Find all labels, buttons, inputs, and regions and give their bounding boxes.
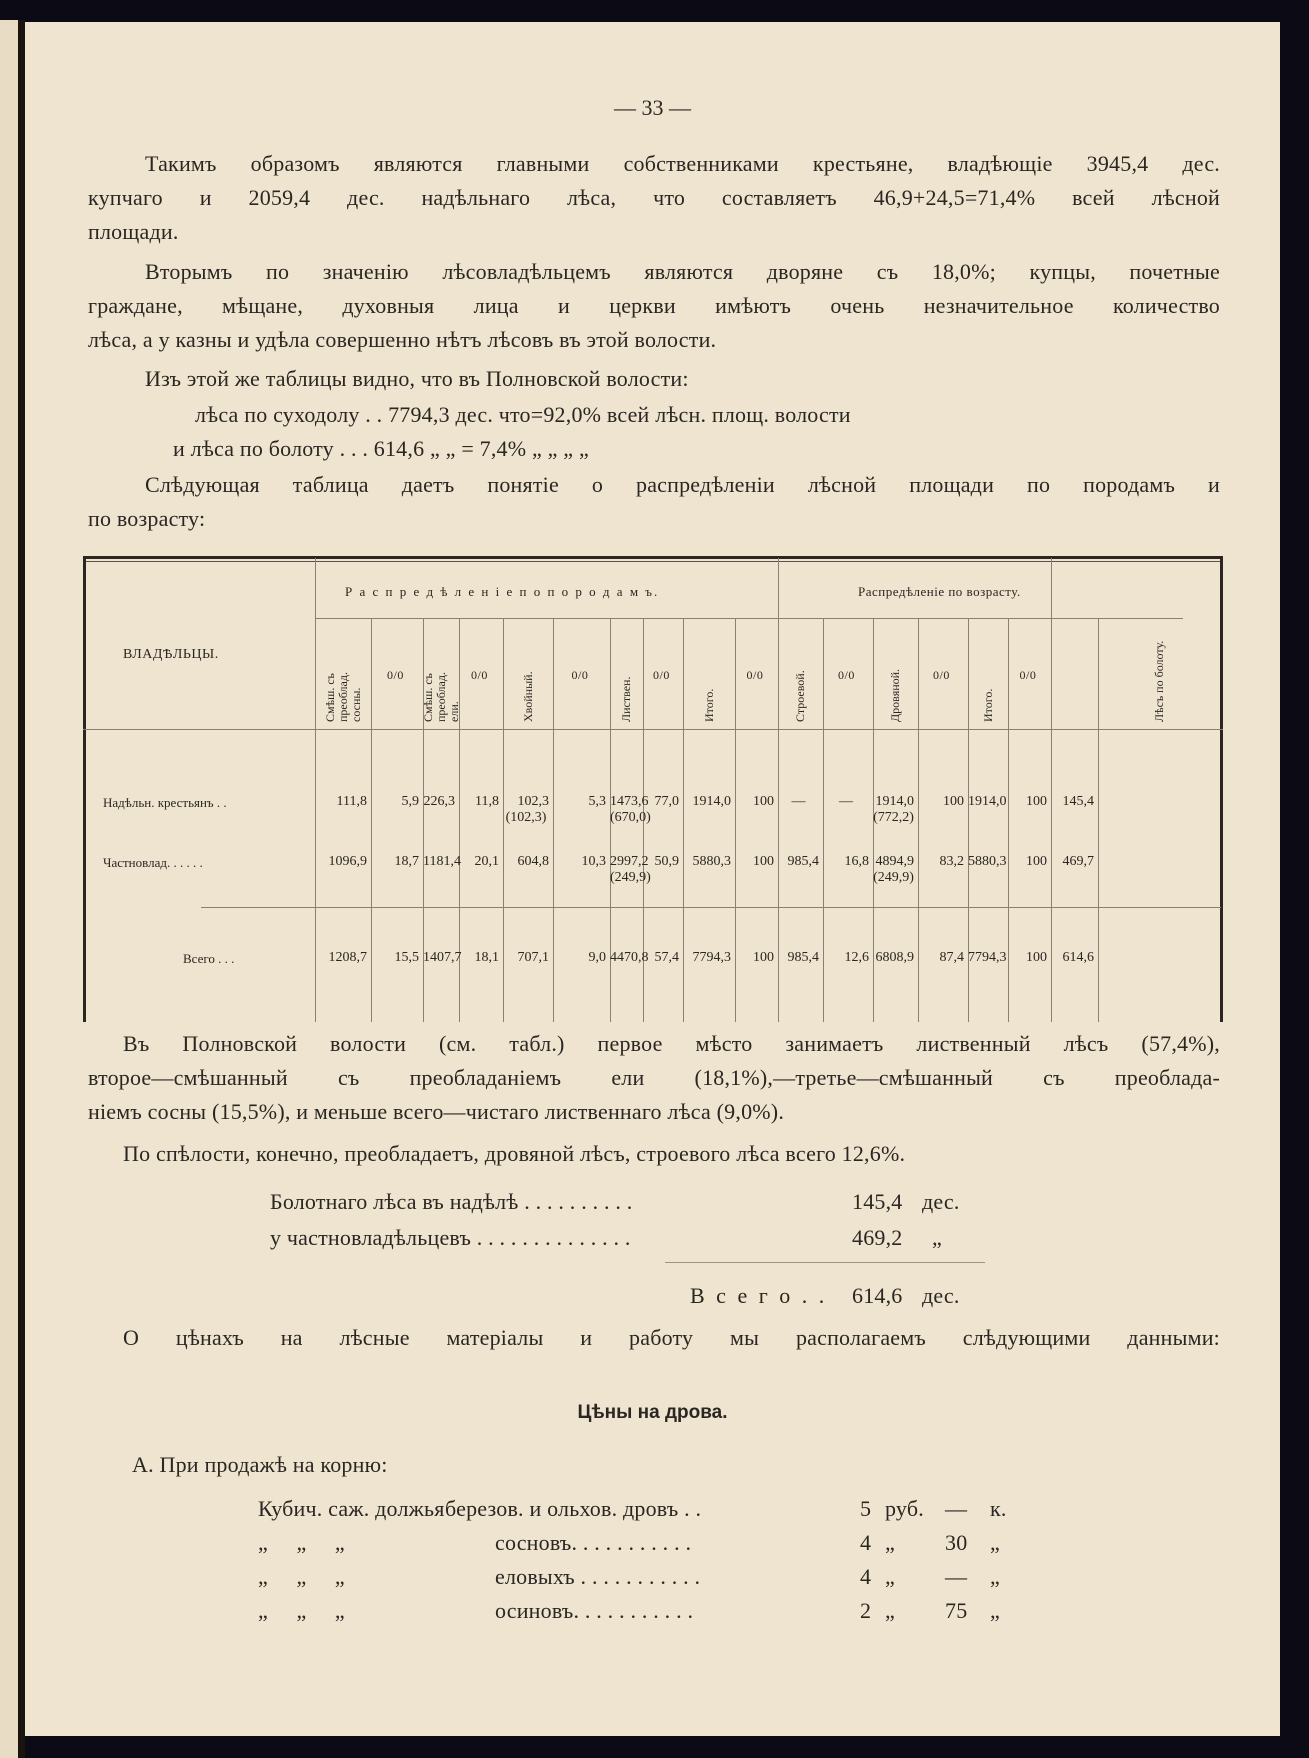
forest-swamp-line: и лѣса по болоту . . . 614,6 „ „ = 7,4% … (173, 432, 589, 466)
table-cell: 2997,2(249,9) (610, 854, 639, 886)
cell-value: 6808,9 (876, 950, 915, 965)
cell-subvalue: (102,3) (503, 810, 549, 826)
cell-value: — (792, 794, 806, 809)
price-rub-unit: „ (885, 1526, 895, 1560)
cell-value: 145,4 (1063, 794, 1095, 809)
column-header: 0/0 (933, 668, 950, 683)
price-rub: 4 (860, 1526, 871, 1560)
cell-value: 604,8 (518, 854, 550, 869)
paragraph-line: Слѣдующая таблица даетъ понятіе о распре… (145, 468, 1220, 502)
price-kop: 75 (945, 1594, 967, 1628)
column-header: Хвойный. (522, 671, 535, 722)
cell-value: 11,8 (475, 794, 499, 809)
cell-value: 5,9 (402, 794, 420, 809)
cell-value: 469,7 (1063, 854, 1095, 869)
paragraph-line: площади. (88, 215, 179, 249)
price-kop: 30 (945, 1526, 967, 1560)
table-cell: 226,3 (423, 794, 455, 810)
table-cell: 5,3 (553, 794, 606, 810)
table-cell: 1914,0 (968, 794, 1004, 810)
price-rub: 4 (860, 1560, 871, 1594)
price-row-item: березов. и ольхов. дровъ . . (445, 1492, 701, 1526)
cell-value: 7794,3 (693, 950, 732, 965)
cell-value: 226,3 (424, 794, 456, 809)
table-right-border (1220, 556, 1223, 1022)
table-top-rule-thin (83, 561, 1223, 562)
sum-rule (665, 1262, 985, 1263)
paragraph-line: по возрасту: (88, 502, 205, 536)
column-header: 0/0 (747, 668, 764, 683)
cell-subvalue: (249,9) (873, 870, 914, 886)
table-cell: 985,4 (778, 950, 819, 966)
cell-value: 20,1 (475, 854, 500, 869)
price-kop: — (945, 1560, 967, 1594)
table-cell: 7794,3 (968, 950, 1004, 966)
cell-value: 1096,9 (329, 854, 368, 869)
table-cell: 100 (1008, 950, 1047, 966)
cell-value: 1914,0 (876, 794, 915, 809)
table-cell: 100 (735, 854, 774, 870)
table-cell: 10,3 (553, 854, 606, 870)
price-row-item: сосновъ. . . . . . . . . . . (495, 1526, 691, 1560)
table-cell: 100 (735, 950, 774, 966)
cell-subvalue: (772,2) (873, 810, 914, 826)
cell-value: 707,1 (518, 950, 550, 965)
cell-value: 83,2 (940, 854, 965, 869)
price-row-item: осиновъ. . . . . . . . . . . (495, 1594, 693, 1628)
price-row-item: еловыхъ . . . . . . . . . . . (495, 1560, 700, 1594)
paragraph-line: Такимъ образомъ являются главными собств… (145, 147, 1220, 181)
column-header: Итого. (703, 689, 716, 722)
price-kop-unit: „ (990, 1560, 1000, 1594)
document-page: — 33 — Такимъ образомъ являются главными… (25, 22, 1280, 1736)
table-cell: 87,4 (918, 950, 964, 966)
price-kop-unit: „ (990, 1594, 1000, 1628)
section-heading: Цѣны на дрова. (25, 1402, 1280, 1424)
paragraph-line: ніемъ сосны (15,5%), и меньше всего—чист… (88, 1095, 784, 1129)
paragraph-line: Въ Полновской волости (см. табл.) первое… (123, 1027, 1220, 1061)
column-header: 0/0 (838, 668, 855, 683)
swamp-summary-unit: „ (932, 1221, 942, 1255)
table-cell: 1407,7 (423, 950, 455, 966)
table-cell: 5880,3 (968, 854, 1004, 870)
table-cell: 100 (918, 794, 964, 810)
table-left-border (83, 556, 86, 1022)
swamp-summary-unit: дес. (922, 1185, 960, 1219)
cell-value: 57,4 (655, 950, 680, 965)
cell-value: 18,1 (475, 950, 500, 965)
swamp-total-value: 614,6 (852, 1279, 903, 1313)
swamp-total-label: В с е г о . . (690, 1279, 827, 1313)
column-header: 0/0 (1020, 668, 1037, 683)
table-cell: 1914,0(772,2) (873, 794, 914, 826)
column-header: Листвен. (620, 677, 633, 722)
price-rub: 2 (860, 1594, 871, 1628)
column-header: 0/0 (572, 668, 589, 683)
subsection-heading: А. При продажѣ на корню: (132, 1448, 388, 1482)
cell-value: 1914,0 (693, 794, 732, 809)
cell-value: 16,8 (845, 854, 870, 869)
cell-value: 18,7 (395, 854, 420, 869)
column-header: 0/0 (471, 668, 488, 683)
column-header: Итого. (982, 689, 995, 722)
table-cell: 100 (1008, 794, 1047, 810)
cell-value: 100 (753, 794, 774, 809)
cell-subvalue: (670,0) (610, 810, 639, 826)
price-rub: 5 (860, 1492, 871, 1526)
column-header: 0/0 (653, 668, 670, 683)
table-cell: 18,7 (371, 854, 419, 870)
forest-dry-land-line: лѣса по суходолу . . 7794,3 дес. что=92,… (195, 398, 851, 432)
swamp-column-header: Лѣсъ по болоту. (1153, 641, 1166, 722)
table-cell: — (823, 794, 869, 810)
cell-value: 100 (753, 854, 774, 869)
header-bottom-rule (83, 729, 1223, 730)
column-header: Смѣш. съ преоблад. сосны. (324, 672, 363, 722)
table-cell: 18,1 (459, 950, 499, 966)
paragraph-line: Вторымъ по значенію лѣсовладѣльцемъ явля… (145, 255, 1220, 289)
table-cell: 469,7 (1051, 854, 1094, 870)
table-cell: 15,5 (371, 950, 419, 966)
column-header: Смѣш. съ преоблад. ели. (422, 672, 461, 722)
price-kop: — (945, 1492, 967, 1526)
total-separator-rule (201, 907, 1221, 908)
cell-subvalue: (249,9) (610, 870, 639, 886)
table-cell: 145,4 (1051, 794, 1094, 810)
cell-value: 1914,0 (968, 794, 1007, 809)
table-cell: 16,8 (823, 854, 869, 870)
cell-value: 985,4 (788, 950, 820, 965)
cell-value: 5880,3 (693, 854, 732, 869)
cell-value: 100 (1026, 950, 1047, 965)
cell-value: 1181,4 (423, 854, 461, 869)
paragraph-line: лѣса, а у казны и удѣла совершенно нѣтъ … (88, 323, 716, 357)
swamp-summary-value: 145,4 (852, 1185, 903, 1219)
cell-value: 77,0 (655, 794, 680, 809)
cell-value: 5880,3 (968, 854, 1007, 869)
table-cell: 9,0 (553, 950, 606, 966)
cell-value: 87,4 (940, 950, 965, 965)
owners-header: ВЛАДѢЛЬЦЫ. (123, 647, 219, 663)
adjacent-page-edge (0, 20, 18, 1758)
cell-value: 50,9 (655, 854, 680, 869)
table-cell: 1181,4 (423, 854, 455, 870)
cell-value: 12,6 (845, 950, 870, 965)
cell-value: 100 (753, 950, 774, 965)
table-top-rule (83, 556, 1223, 559)
cell-value: 7794,3 (968, 950, 1007, 965)
cell-value: 1407,7 (423, 950, 462, 965)
swamp-summary-value: 469,2 (852, 1221, 903, 1255)
species-group-header: Р а с п р е д ѣ л е н і е п о п о р о д … (345, 584, 659, 600)
group-header-rule (315, 618, 1183, 619)
cell-value: 100 (1026, 854, 1047, 869)
row-label: Частновлад. . . . . . (103, 855, 203, 871)
table-cell: — (778, 794, 819, 810)
price-row-prefix: Кубич. саж. должья (258, 1492, 445, 1526)
book-spine (18, 20, 25, 1758)
table-cell: 4470,8 (610, 950, 639, 966)
cell-value: 100 (943, 794, 964, 809)
swamp-summary-label: у частновладѣльцевъ . . . . . . . . . . … (270, 1221, 631, 1255)
table-cell: 1473,6(670,0) (610, 794, 639, 826)
cell-value: 111,8 (337, 794, 367, 809)
table-cell: 7794,3 (683, 950, 731, 966)
table-cell: 5,9 (371, 794, 419, 810)
table-cell: 4894,9(249,9) (873, 854, 914, 886)
table-cell: 83,2 (918, 854, 964, 870)
table-cell: 100 (1008, 854, 1047, 870)
column-header: Строевой. (794, 670, 807, 722)
table-cell: 57,4 (643, 950, 679, 966)
price-row-prefix: „ „ „ (258, 1594, 345, 1628)
table-cell: 100 (735, 794, 774, 810)
price-kop-unit: „ (990, 1526, 1000, 1560)
column-header: Дровяной. (889, 669, 902, 722)
table-cell: 1096,9 (315, 854, 367, 870)
table-cell: 604,8 (503, 854, 549, 870)
table-cell: 111,8 (315, 794, 367, 810)
price-rub-unit: „ (885, 1560, 895, 1594)
row-label: Всего . . . (183, 951, 234, 967)
column-divider (1098, 618, 1099, 1022)
price-kop-unit: к. (990, 1492, 1007, 1526)
swamp-total-unit: дес. (922, 1279, 960, 1313)
page-number: — 33 — (25, 95, 1280, 121)
price-row-prefix: „ „ „ (258, 1560, 345, 1594)
table-cell: 707,1 (503, 950, 549, 966)
paragraph-line: граждане, мѣщане, духовныя лица и церкви… (88, 289, 1220, 323)
table-cell: 11,8 (459, 794, 499, 810)
paragraph-line: О цѣнахъ на лѣсные матеріалы и работу мы… (123, 1321, 1220, 1355)
cell-value: 100 (1026, 794, 1047, 809)
cell-value: 10,3 (582, 854, 607, 869)
paragraph-line: По спѣлости, конечно, преобладаетъ, дров… (123, 1137, 905, 1171)
table-cell: 985,4 (778, 854, 819, 870)
table-cell: 1914,0 (683, 794, 731, 810)
table-cell: 614,6 (1051, 950, 1094, 966)
paragraph-line: второе—смѣшанный съ преобладаніемъ ели (… (88, 1061, 1220, 1095)
cell-value: 5,3 (589, 794, 607, 809)
price-row-prefix: „ „ „ (258, 1526, 345, 1560)
cell-value: 614,6 (1063, 950, 1095, 965)
cell-value: 985,4 (788, 854, 820, 869)
row-label: Надѣльн. крестьянъ . . (103, 795, 227, 811)
price-rub-unit: руб. (885, 1492, 924, 1526)
column-header: 0/0 (387, 668, 404, 683)
cell-value: 9,0 (589, 950, 607, 965)
cell-value: 102,3 (518, 794, 550, 809)
swamp-summary-label: Болотнаго лѣса въ надѣлѣ . . . . . . . .… (270, 1185, 633, 1219)
table-cell: 77,0 (643, 794, 679, 810)
cell-value: — (839, 794, 853, 809)
table-cell: 5880,3 (683, 854, 731, 870)
table-cell: 50,9 (643, 854, 679, 870)
paragraph-line: Изъ этой же таблицы видно, что въ Полнов… (145, 362, 689, 396)
cell-value: 4894,9 (876, 854, 915, 869)
table-cell: 1208,7 (315, 950, 367, 966)
forest-distribution-table: ВЛАДѢЛЬЦЫ. Р а с п р е д ѣ л е н і е п о… (83, 532, 1223, 1022)
table-cell: 12,6 (823, 950, 869, 966)
cell-value: 1208,7 (329, 950, 368, 965)
cell-value: 15,5 (395, 950, 420, 965)
paragraph-line: купчаго и 2059,4 дес. надѣльнаго лѣса, ч… (88, 181, 1220, 215)
table-cell: 20,1 (459, 854, 499, 870)
table-cell: 102,3(102,3) (503, 794, 549, 826)
age-group-header: Распредѣленіе по возрасту. (858, 584, 1021, 600)
table-cell: 6808,9 (873, 950, 914, 966)
price-rub-unit: „ (885, 1594, 895, 1628)
